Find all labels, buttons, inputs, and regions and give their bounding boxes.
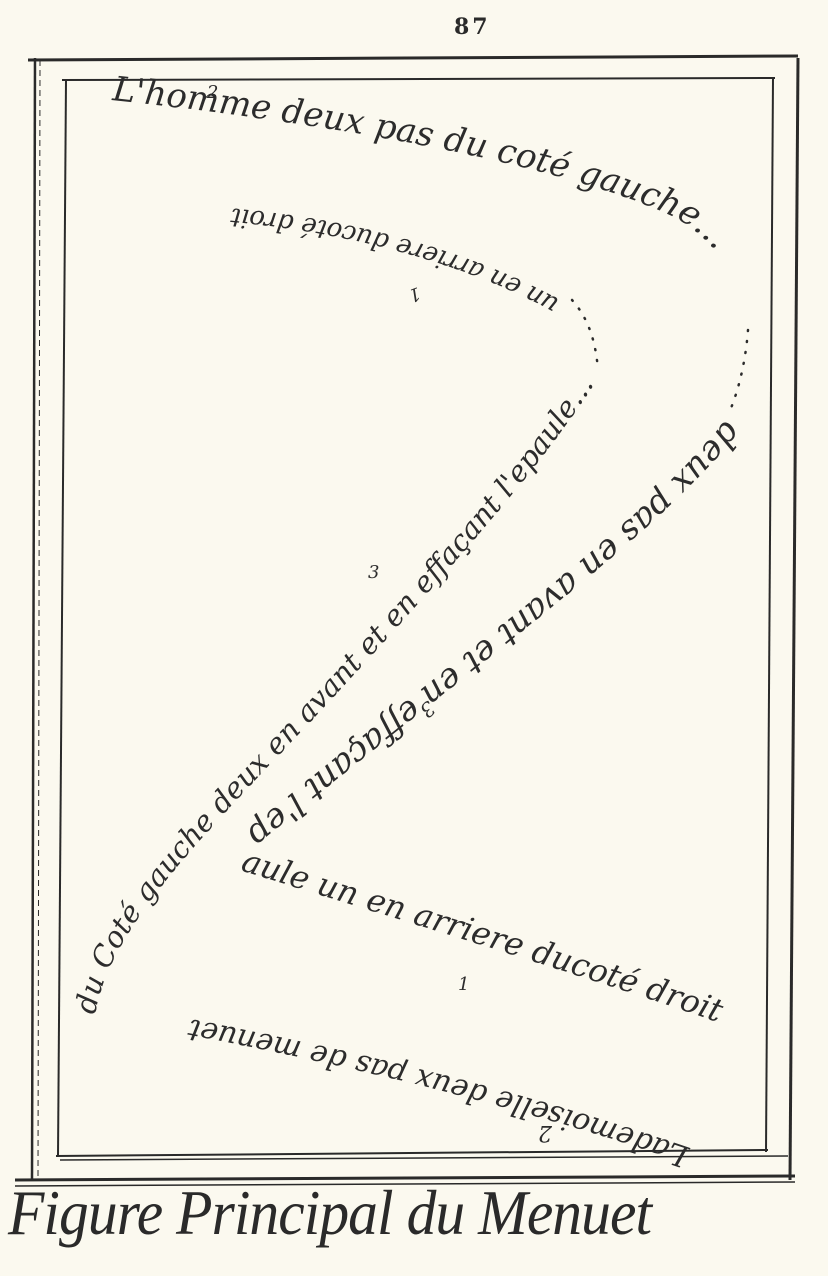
dotted-connector-right [728, 330, 748, 415]
marker-gentleman-2: 2 [206, 82, 218, 103]
marker-gentleman-3: 3 [368, 562, 379, 583]
menuet-figure-diagram: L'homme deux pas du coté gauche... un en… [0, 0, 828, 1276]
book-page: 87 [0, 0, 828, 1276]
figure-caption: Figure Principal du Menuet [8, 1176, 651, 1250]
text-inner-top-reversed: un en arriere ducoté droit [229, 201, 564, 320]
marker-lady-1: 1 [458, 974, 469, 995]
dotted-connector-left [572, 300, 598, 370]
text-gentleman-top: L'homme deux pas du coté gauche... [110, 69, 739, 257]
marker-gentleman-1: 1 [406, 282, 424, 306]
text-bottom-reversed: Lademoiselle deux pas de menuet [184, 1011, 693, 1174]
text-middle-diagonal: du Coté gauche deux en avant et en effaç… [68, 369, 600, 1017]
marker-lady-2: 2 [538, 1120, 553, 1145]
text-lower-line: aule un en arriere ducoté droit [238, 841, 729, 1030]
